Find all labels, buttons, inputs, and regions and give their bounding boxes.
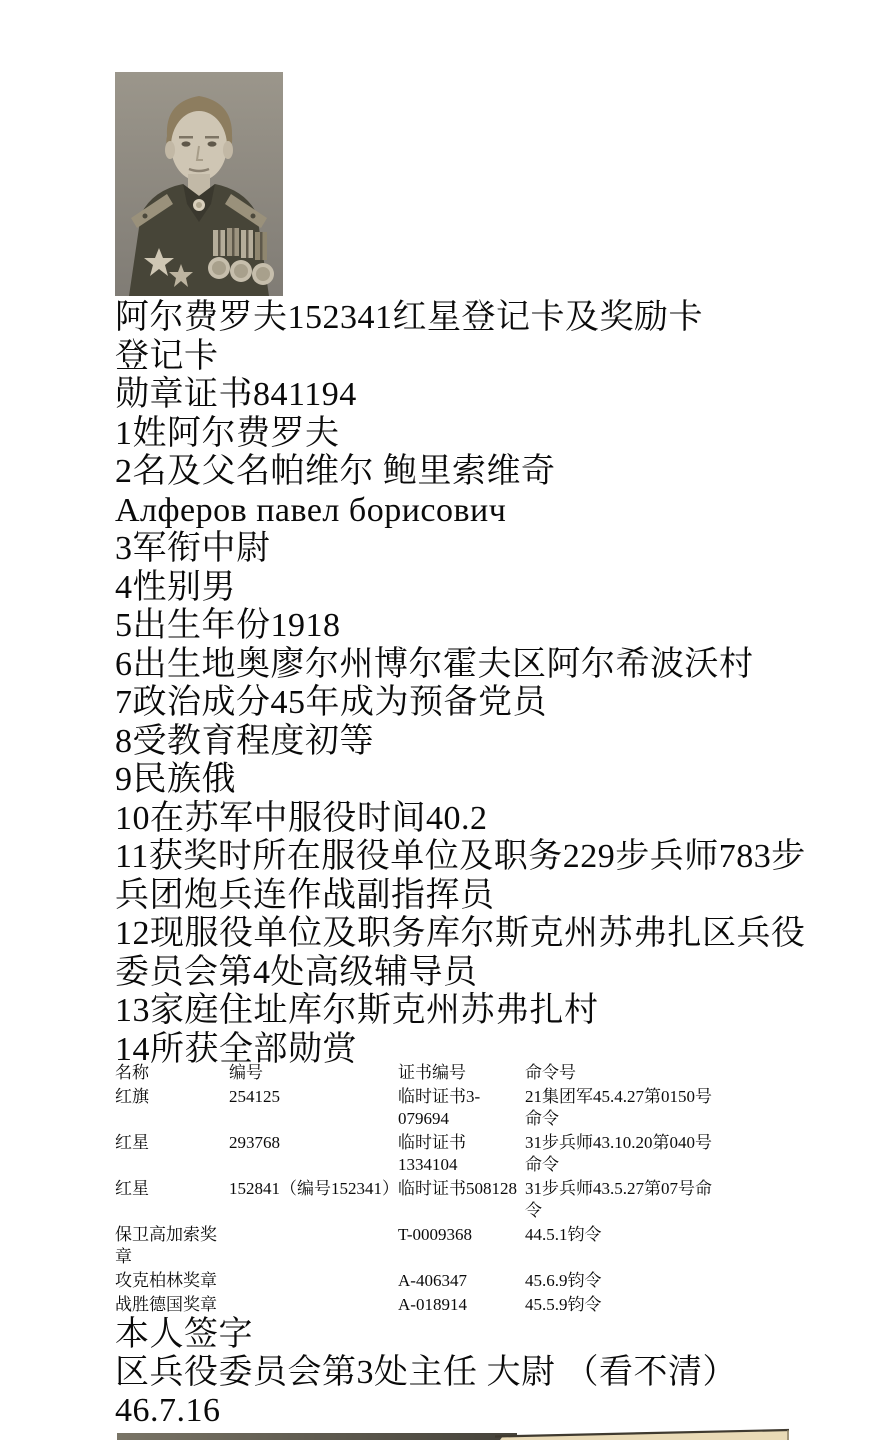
card-title: 阿尔费罗夫152341红星登记卡及奖励卡 xyxy=(115,299,815,338)
doc-line: 登记卡 xyxy=(115,338,815,377)
award-cert: A-018914 xyxy=(398,1294,525,1316)
award-number: 152841（编号152341） xyxy=(229,1178,398,1222)
doc-line: 6出生地奥廖尔州博尔霍夫区阿尔希波沃村 xyxy=(115,646,815,685)
doc-line: 3军衔中尉 xyxy=(115,530,815,569)
award-number: 254125 xyxy=(229,1086,398,1130)
doc-line: 7政治成分45年成为预备党员 xyxy=(115,684,815,723)
award-cert: A-406347 xyxy=(398,1270,525,1292)
card-text-block: 阿尔费罗夫152341红星登记卡及奖励卡 登记卡 勋章证书841194 1姓阿尔… xyxy=(115,299,815,1069)
doc-line: 12现服役单位及职务库尔斯克州苏弗扎区兵役 xyxy=(115,915,815,954)
award-order: 31步兵师43.10.20第040号命令 xyxy=(525,1132,727,1176)
award-number xyxy=(229,1224,398,1268)
doc-line: 5出生年份1918 xyxy=(115,607,815,646)
doc-line: 11获奖时所在服役单位及职务229步兵师783步 xyxy=(115,838,815,877)
awards-header-name: 名称 xyxy=(115,1062,229,1084)
award-order: 21集团军45.4.27第0150号命令 xyxy=(525,1086,727,1130)
award-cert: 临时证书1334104 xyxy=(398,1132,525,1176)
doc-line: 委员会第4处高级辅导员 xyxy=(115,954,815,993)
award-name: 战胜德国奖章 xyxy=(115,1294,229,1316)
official-title-line: 区兵役委员会第3处主任 大尉 （看不清） xyxy=(115,1354,737,1392)
award-order: 31步兵师43.5.27第07号命令 xyxy=(525,1178,727,1222)
doc-line: 2名及父名帕维尔 鲍里索维奇 xyxy=(115,453,815,492)
signature-block: 本人签字 区兵役委员会第3处主任 大尉 （看不清） 46.7.16 xyxy=(115,1316,737,1430)
portrait-photo xyxy=(115,72,283,296)
award-name: 攻克柏林奖章 xyxy=(115,1270,229,1292)
award-name: 保卫高加索奖章 xyxy=(115,1224,229,1268)
doc-line: 13家庭住址库尔斯克州苏弗扎村 xyxy=(115,992,815,1031)
award-name: 红星 xyxy=(115,1132,229,1176)
award-order: 45.6.9钧令 xyxy=(525,1270,727,1292)
date-line: 46.7.16 xyxy=(115,1392,737,1430)
award-name: 红星 xyxy=(115,1178,229,1222)
doc-line: 兵团炮兵连作战副指挥员 xyxy=(115,877,815,916)
doc-line-cyrillic-name: Алферов павел борисович xyxy=(115,492,815,531)
awards-header-order: 命令号 xyxy=(525,1062,727,1084)
award-number: 293768 xyxy=(229,1132,398,1176)
award-order: 44.5.1钧令 xyxy=(525,1224,727,1268)
award-number xyxy=(229,1270,398,1292)
doc-line: 4性别男 xyxy=(115,569,815,608)
award-cert: T-0009368 xyxy=(398,1224,525,1268)
award-cert: 临时证书3-079694 xyxy=(398,1086,525,1130)
award-name: 红旗 xyxy=(115,1086,229,1130)
doc-line: 勋章证书841194 xyxy=(115,376,815,415)
doc-line: 1姓阿尔费罗夫 xyxy=(115,415,815,454)
doc-line: 8受教育程度初等 xyxy=(115,723,815,762)
award-order: 45.5.9钧令 xyxy=(525,1294,727,1316)
awards-table: 名称 编号 证书编号 命令号 红旗 254125 临时证书3-079694 21… xyxy=(115,1062,727,1316)
award-cert: 临时证书508128 xyxy=(398,1178,525,1222)
scanned-document-edge-image xyxy=(115,1427,791,1440)
signature-label: 本人签字 xyxy=(115,1316,737,1354)
document-page: 阿尔费罗夫152341红星登记卡及奖励卡 登记卡 勋章证书841194 1姓阿尔… xyxy=(0,0,881,1440)
awards-header-number: 编号 xyxy=(229,1062,398,1084)
doc-line: 10在苏军中服役时间40.2 xyxy=(115,800,815,839)
doc-line: 9民族俄 xyxy=(115,761,815,800)
award-number xyxy=(229,1294,398,1316)
awards-header-cert: 证书编号 xyxy=(398,1062,525,1084)
portrait-photo-image xyxy=(115,72,283,296)
scanned-document-edge xyxy=(115,1427,791,1440)
